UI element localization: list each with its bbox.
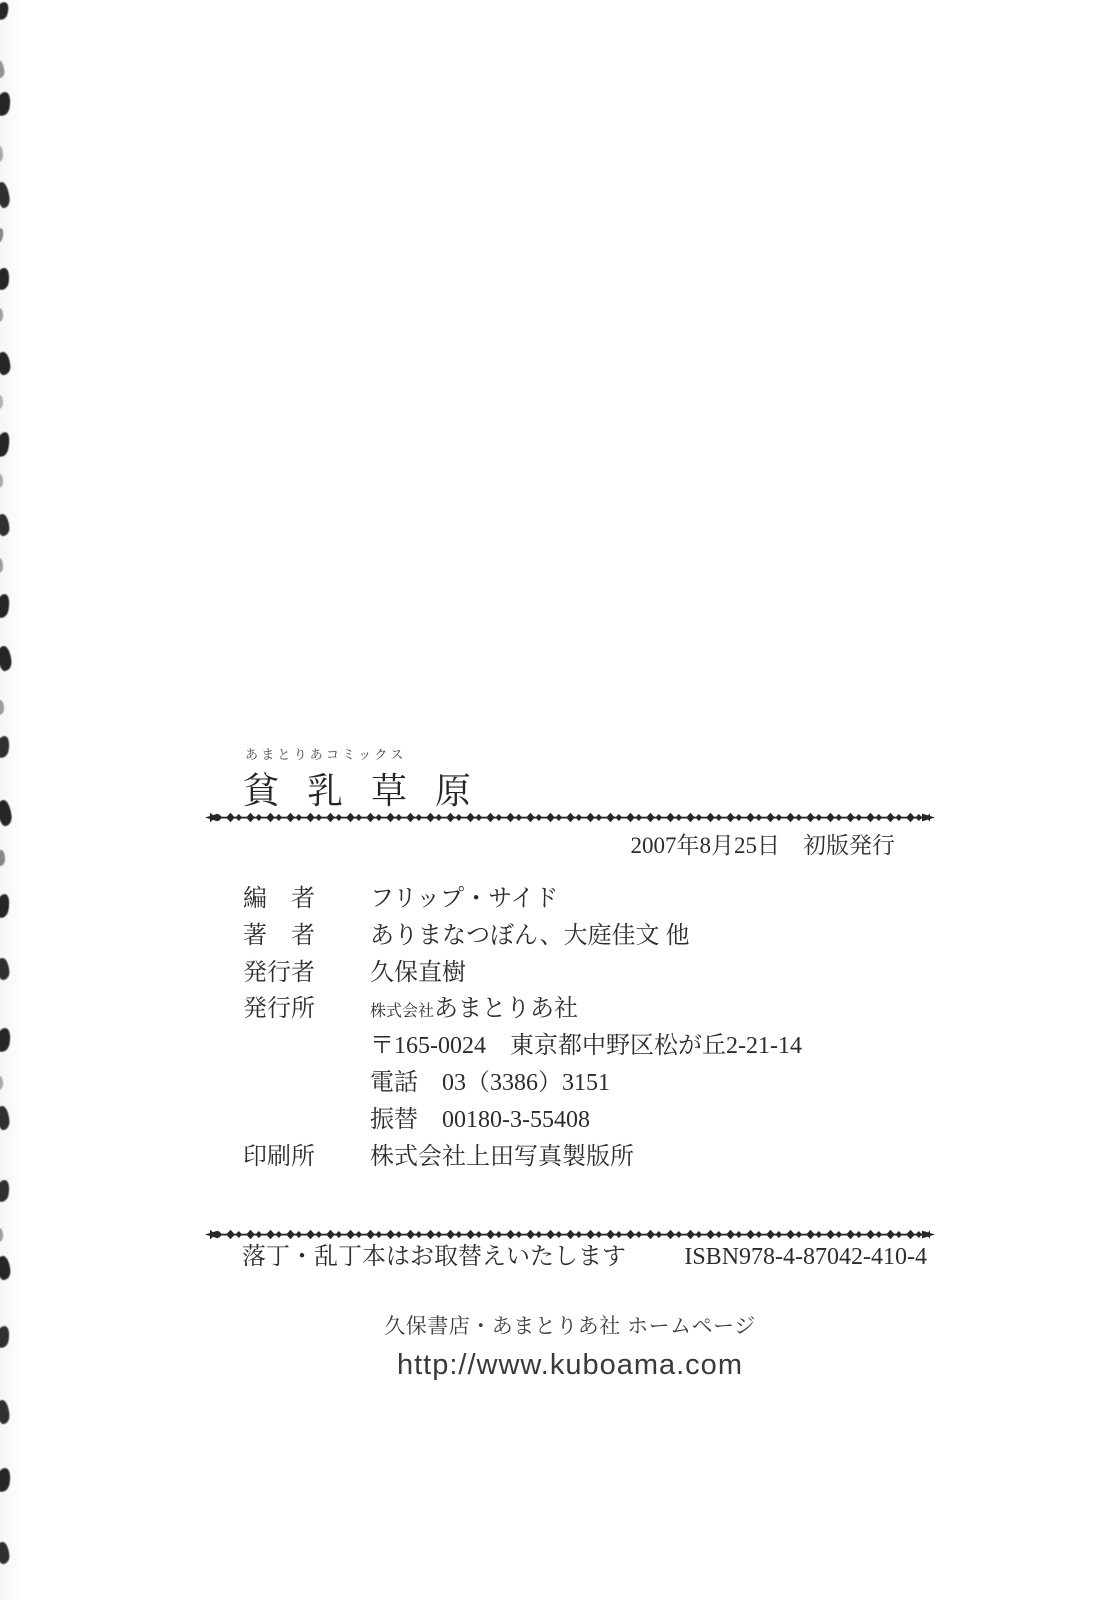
row-value: 振替 00180-3-55408	[370, 1107, 590, 1133]
row-publisher-company: 発行所株式会社あまとりあ社	[243, 991, 903, 1028]
row-label: 発行者	[243, 955, 319, 992]
row-value: 〒165-0024 東京都中野区松が丘2-21-14	[370, 1033, 802, 1059]
isbn: ISBN978-4-87042-410-4	[684, 1242, 927, 1272]
colophon-page: あまとりあコミックス 貧乳草原 2007年8月25日 初版発行 編 者フリップ・…	[0, 0, 1114, 1600]
book-title: 貧乳草原	[243, 772, 499, 812]
homepage-url: http://www.kuboama.com	[205, 1346, 935, 1384]
row-value: 電話 03（3386）3151	[370, 1070, 610, 1096]
row-value: あまとりあ社	[434, 996, 578, 1022]
row-value: フリップ・サイド	[370, 886, 558, 912]
row-value: ありまなつぼん、大庭佳文 他	[370, 923, 689, 949]
row-label: 著 者	[243, 918, 319, 955]
row-address: 〒165-0024 東京都中野区松が丘2-21-14	[243, 1028, 903, 1065]
row-printer: 印刷所株式会社上田写真製版所	[243, 1139, 903, 1176]
row-telephone: 電話 03（3386）3151	[243, 1065, 903, 1102]
row-author: 著 者ありまなつぼん、大庭佳文 他	[243, 918, 903, 955]
series-label: あまとりあコミックス	[245, 744, 407, 763]
row-label: 編 者	[243, 881, 319, 918]
diamond-divider-icon	[205, 811, 935, 824]
row-editor: 編 者フリップ・サイド	[243, 881, 903, 918]
row-publisher-person: 発行者久保直樹	[243, 955, 903, 992]
row-postal-transfer: 振替 00180-3-55408	[243, 1102, 903, 1139]
colophon-rows: 編 者フリップ・サイド 著 者ありまなつぼん、大庭佳文 他 発行者久保直樹 発行…	[243, 881, 903, 1175]
diamond-divider-icon	[205, 1228, 935, 1241]
replacement-notice: 落丁・乱丁本はお取替えいたします	[242, 1242, 626, 1272]
row-label: 印刷所	[243, 1139, 319, 1176]
company-prefix: 株式会社	[370, 1003, 434, 1020]
notice-isbn-row: 落丁・乱丁本はお取替えいたします ISBN978-4-87042-410-4	[205, 1242, 935, 1272]
row-value: 株式会社上田写真製版所	[370, 1144, 634, 1170]
edition-date: 2007年8月25日 初版発行	[205, 827, 935, 860]
homepage-block: 久保書店・あまとりあ社 ホームページ http://www.kuboama.co…	[205, 1312, 935, 1384]
homepage-label: 久保書店・あまとりあ社 ホームページ	[205, 1312, 935, 1342]
row-value: 久保直樹	[370, 960, 466, 986]
row-label: 発行所	[243, 991, 319, 1028]
